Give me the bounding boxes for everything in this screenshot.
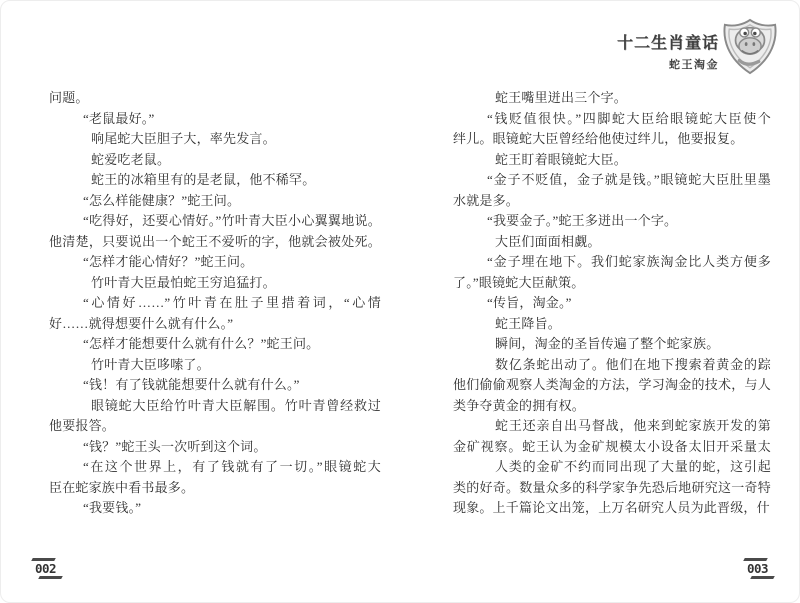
text-line: “传旨，淘金。” (453, 293, 771, 314)
right-page-text: 蛇王嘴里迸出三个字。“钱贬值很快。”四脚蛇大臣给眼镜蛇大臣使个绊儿。眼镜蛇大臣曾… (453, 88, 771, 519)
text-line: 大臣们面面相觑。 (453, 232, 771, 253)
page-number-right: 003 (744, 558, 774, 579)
text-line: 数亿条蛇出动了。他们在地下搜索着黄金的踪迹， (453, 355, 771, 376)
text-line: “钱！有了钱就能想要什么就有什么。” (49, 375, 381, 396)
text-line: 类争夺黄金的拥有权。 (453, 396, 771, 417)
text-line: “金子埋在地下。我们蛇家族淘金比人类方便多 (453, 252, 771, 273)
snake-shield-mascot-icon (722, 18, 778, 76)
text-line: 臣在蛇家族中看书最多。 (49, 478, 381, 499)
page-number: 002 (32, 561, 62, 576)
text-line: 好……就得想要什么就有什么。” (49, 314, 381, 335)
series-title: 十二生肖童话 (591, 30, 719, 53)
text-line: 金矿视察。蛇王认为金矿规模太小设备太旧开采量太少。 (453, 437, 771, 458)
folio-bar-top (31, 558, 56, 561)
text-line: 水就是多。 (453, 191, 771, 212)
text-line: 现象。上千篇论文出笼，上万名研究人员为此晋级，什 (453, 498, 771, 519)
left-page-text: 问题。“老鼠最好。”响尾蛇大臣胆子大，率先发言。蛇爱吃老鼠。蛇王的冰箱里有的是老… (49, 88, 381, 519)
text-line: “钱贬值很快。”四脚蛇大臣给眼镜蛇大臣使个 (453, 109, 771, 130)
text-line: 蛇王的冰箱里有的是老鼠，他不稀罕。 (49, 170, 381, 191)
text-line: “心情好……”竹叶青在肚子里措着词，“心情 (49, 293, 381, 314)
text-line: “怎样才能心情好？”蛇王问。 (49, 252, 381, 273)
text-line: 他们偷偷观察人类淘金的方法，学习淘金的技术，与人 (453, 375, 771, 396)
folio-bar-bottom (750, 576, 775, 579)
page-number-left: 002 (32, 558, 62, 579)
text-line: 蛇王盯着眼镜蛇大臣。 (453, 150, 771, 171)
text-line: 他清楚，只要说出一个蛇王不爱听的字，他就会被处死。 (49, 232, 381, 253)
text-line: “我要钱。” (49, 498, 381, 519)
text-line: 眼镜蛇大臣给竹叶青大臣解围。竹叶青曾经救过他， (49, 396, 381, 417)
folio-bar-bottom (38, 576, 63, 579)
text-line: 问题。 (49, 88, 381, 109)
book-title: 蛇王淘金 (591, 56, 719, 72)
text-line: 瞬间，淘金的圣旨传遍了整个蛇家族。 (453, 334, 771, 355)
text-line: 蛇王嘴里迸出三个字。 (453, 88, 771, 109)
text-line: 他要报答。 (49, 416, 381, 437)
text-line: “吃得好，还要心情好。”竹叶青大臣小心翼翼地说。 (49, 211, 381, 232)
text-line: “金子不贬值，金子就是钱。”眼镜蛇大臣肚里墨 (453, 170, 771, 191)
text-line: “我要金子。”蛇王多迸出一个字。 (453, 211, 771, 232)
text-line: 蛇王还亲自出马督战，他来到蛇家族开发的第一个 (453, 416, 771, 437)
book-spread: 十二生肖童话 蛇王淘金 问题。“老鼠最好。”响尾蛇大臣胆子大，率先发言。蛇爱吃老… (0, 0, 800, 603)
text-line: “怎样才能想要什么就有什么？”蛇王问。 (49, 334, 381, 355)
folio-bar-top (743, 558, 768, 561)
text-line: 类的好奇。数量众多的科学家争先恐后地研究这一奇特 (453, 478, 771, 499)
text-line: “在这个世界上，有了钱就有了一切。”眼镜蛇大 (49, 457, 381, 478)
text-line: 竹叶青大臣哆嗦了。 (49, 355, 381, 376)
text-line: 蛇王降旨。 (453, 314, 771, 335)
text-line: 竹叶青大臣最怕蛇王穷追猛打。 (49, 273, 381, 294)
text-line: 了。”眼镜蛇大臣献策。 (453, 273, 771, 294)
text-line: “老鼠最好。” (49, 109, 381, 130)
text-line: 蛇爱吃老鼠。 (49, 150, 381, 171)
text-line: 响尾蛇大臣胆子大，率先发言。 (49, 129, 381, 150)
text-line: “钱？”蛇王头一次听到这个词。 (49, 437, 381, 458)
text-line: 人类的金矿不约而同出现了大量的蛇，这引起了人 (453, 457, 771, 478)
page-header: 十二生肖童话 蛇王淘金 (591, 30, 719, 72)
text-line: 绊儿。眼镜蛇大臣曾经给他使过绊儿，他要报复。 (453, 129, 771, 150)
text-line: “怎么样能健康？”蛇王问。 (49, 191, 381, 212)
page-number: 003 (744, 561, 774, 576)
